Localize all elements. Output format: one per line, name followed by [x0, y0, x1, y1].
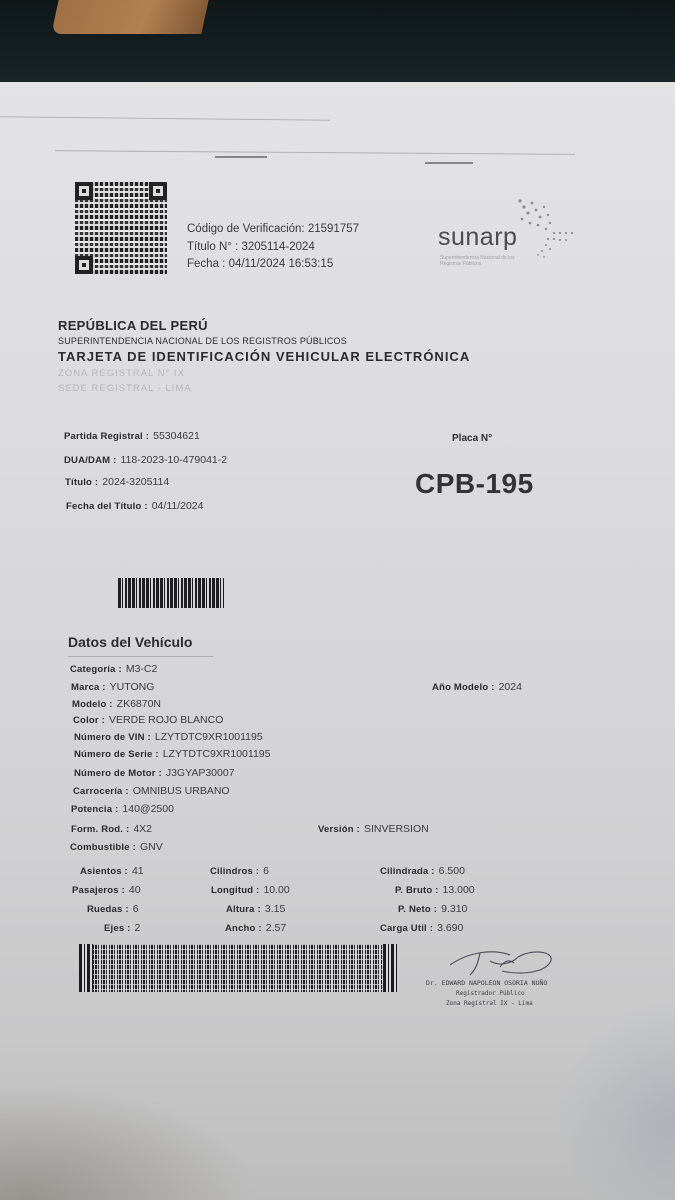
field-ancho: Ancho :2.57 — [225, 922, 286, 934]
field-ejes: Ejes :2 — [104, 922, 140, 934]
field-value: 04/11/2024 — [152, 500, 204, 512]
field-label: Número de Serie : — [74, 749, 159, 760]
field-serie: Número de Serie :LZYTDTC9XR1001195 — [74, 748, 270, 760]
field-value: LZYTDTC9XR1001195 — [155, 731, 263, 743]
field-label: Versión : — [318, 824, 360, 835]
field-value: 4X2 — [133, 823, 152, 835]
field-dua: DUA/DAM :118-2023-10-479041-2 — [64, 454, 227, 466]
field-anio-modelo: Año Modelo :2024 — [432, 681, 522, 693]
field-ruedas: Ruedas :6 — [87, 903, 139, 915]
date-label: Fecha : — [187, 258, 225, 270]
verification-code-label: Código de Verificación: — [187, 223, 305, 235]
field-peso-neto: P. Neto :9.310 — [398, 903, 467, 915]
field-label: Categoría : — [70, 664, 122, 675]
date-line: Fecha : 04/11/2024 16:53:15 — [187, 256, 359, 274]
field-motor: Número de Motor :J3GYAP30007 — [74, 767, 235, 779]
agency-name: SUPERINTENDENCIA NACIONAL DE LOS REGISTR… — [58, 336, 470, 346]
field-label: Carrocería : — [73, 786, 129, 797]
field-label: Título : — [65, 477, 98, 488]
field-value: GNV — [140, 841, 163, 853]
signature-block: Dr. EDWARD NAPOLEON OSORIA NUÑO Registra… — [420, 945, 570, 1010]
field-value: 9.310 — [441, 903, 467, 915]
registry-office: SEDE REGISTRAL - LIMA — [58, 383, 470, 394]
field-value: 10.00 — [263, 884, 289, 896]
field-label: DUA/DAM : — [64, 455, 116, 466]
field-potencia: Potencia :140@2500 — [71, 803, 174, 815]
field-value: YUTONG — [110, 681, 155, 693]
qr-finder — [75, 182, 93, 200]
field-value: 6 — [263, 865, 269, 877]
field-value: 140@2500 — [122, 803, 174, 815]
field-color: Color :VERDE ROJO BLANCO — [73, 714, 223, 726]
field-label: P. Bruto : — [395, 885, 439, 896]
field-value: 6 — [133, 903, 139, 915]
registry-zone: ZONA REGISTRAL N° IX — [58, 368, 470, 379]
logo-tagline: Superintendencia Nacional de los Registr… — [440, 255, 520, 267]
barcode-stop-pattern — [383, 944, 397, 992]
field-modelo: Modelo :ZK6870N — [72, 698, 161, 710]
field-value: VERDE ROJO BLANCO — [109, 714, 223, 726]
field-label: Potencia : — [71, 804, 118, 815]
field-label: Asientos : — [80, 866, 128, 877]
field-label: Longitud : — [211, 885, 259, 896]
field-peso-bruto: P. Bruto :13.000 — [395, 884, 475, 896]
field-cilindros: Cilindros :6 — [210, 865, 269, 877]
title-number-value: 3205114-2024 — [241, 241, 314, 253]
field-label: Altura : — [226, 904, 261, 915]
field-value: 3.690 — [437, 922, 463, 934]
field-altura: Altura :3.15 — [226, 903, 285, 915]
field-label: Modelo : — [72, 699, 113, 710]
field-label: Ruedas : — [87, 904, 129, 915]
field-value: 55304621 — [153, 430, 200, 442]
barcode — [118, 578, 224, 608]
field-form-rod: Form. Rod. :4X2 — [71, 823, 152, 835]
logo-wordmark: sunarp — [438, 223, 517, 252]
field-version: Versión :SINVERSION — [318, 823, 429, 835]
verification-code-line: Código de Verificación: 21591757 — [187, 221, 359, 239]
title-number-label: Título N° : — [187, 241, 238, 253]
sunarp-logo: sunarp Superintendencia Nacional de los … — [438, 193, 598, 273]
field-label: Marca : — [71, 682, 106, 693]
divider — [215, 156, 267, 158]
field-carroceria: Carrocería :OMNIBUS URBANO — [73, 785, 230, 797]
field-value: 2024-3205114 — [102, 476, 169, 488]
field-pasajeros: Pasajeros :40 — [72, 884, 141, 896]
section-title: Datos del Vehículo — [68, 634, 192, 650]
field-value: 2024 — [499, 681, 522, 693]
field-label: Pasajeros : — [72, 885, 125, 896]
field-value: M3-C2 — [126, 663, 158, 675]
field-marca: Marca :YUTONG — [71, 681, 154, 693]
country-heading: REPÚBLICA DEL PERÚ — [58, 318, 470, 333]
field-asientos: Asientos :41 — [80, 865, 144, 877]
field-label: Número de VIN : — [74, 732, 151, 743]
field-longitud: Longitud :10.00 — [211, 884, 290, 896]
background-wood-object — [51, 0, 208, 34]
qr-finder — [75, 256, 93, 274]
signature-icon — [440, 945, 560, 979]
field-label: Cilindros : — [210, 866, 259, 877]
signatory-name: Dr. EDWARD NAPOLEON OSORIA NUÑO — [426, 979, 547, 987]
divider — [68, 656, 213, 657]
title-number-line: Título N° : 3205114-2024 — [187, 239, 359, 257]
field-label: Fecha del Título : — [66, 501, 148, 512]
shadow — [555, 1000, 675, 1200]
qr-finder — [149, 182, 167, 200]
verification-block: Código de Verificación: 21591757 Título … — [187, 221, 359, 274]
field-partida: Partida Registral :55304621 — [64, 430, 200, 442]
field-cilindrada: Cilindrada :6.500 — [380, 865, 465, 877]
date-value: 04/11/2024 16:53:15 — [229, 258, 334, 270]
pdf417-barcode — [79, 944, 397, 992]
field-label: Número de Motor : — [74, 768, 162, 779]
field-value: 2.57 — [266, 922, 286, 934]
qr-code — [75, 182, 167, 274]
document-title: TARJETA DE IDENTIFICACIÓN VEHICULAR ELEC… — [58, 349, 470, 364]
field-categoria: Categoría :M3-C2 — [70, 663, 157, 675]
field-value: 118-2023-10-479041-2 — [120, 454, 227, 466]
signatory-zone: Zona Registral IX - Lima — [446, 1000, 533, 1007]
field-label: Cilindrada : — [380, 866, 435, 877]
sunburst-icon — [510, 193, 590, 273]
field-label: Ejes : — [104, 923, 131, 934]
plate-label: Placa N° — [452, 433, 492, 444]
field-vin: Número de VIN :LZYTDTC9XR1001195 — [74, 731, 263, 743]
field-label: Color : — [73, 715, 105, 726]
field-value: OMNIBUS URBANO — [133, 785, 230, 797]
field-value: SINVERSION — [364, 823, 429, 835]
field-value: 13.000 — [443, 884, 475, 896]
field-value: 40 — [129, 884, 141, 896]
field-value: 3.15 — [265, 903, 285, 915]
field-label: Form. Rod. : — [71, 824, 129, 835]
field-label: Partida Registral : — [64, 431, 149, 442]
field-label: P. Neto : — [398, 904, 437, 915]
field-value: ZK6870N — [117, 698, 161, 710]
field-label: Año Modelo : — [432, 682, 495, 693]
field-combustible: Combustible :GNV — [70, 841, 163, 853]
verification-code-value: 21591757 — [308, 223, 359, 235]
shadow — [0, 1080, 260, 1200]
plate-number: CPB-195 — [415, 468, 534, 500]
field-titulo: Título :2024-3205114 — [65, 476, 169, 488]
field-value: LZYTDTC9XR1001195 — [163, 748, 271, 760]
field-value: 6.500 — [439, 865, 465, 877]
field-value: 41 — [132, 865, 144, 877]
document-header: REPÚBLICA DEL PERÚ SUPERINTENDENCIA NACI… — [58, 318, 470, 394]
field-label: Combustible : — [70, 842, 136, 853]
field-carga-util: Carga Util :3.690 — [380, 922, 463, 934]
field-fecha-titulo: Fecha del Título :04/11/2024 — [66, 500, 204, 512]
field-label: Carga Util : — [380, 923, 433, 934]
field-value: 2 — [135, 922, 141, 934]
signatory-role: Registrador Público — [456, 990, 525, 997]
barcode-start-pattern — [79, 944, 93, 992]
field-value: J3GYAP30007 — [166, 767, 235, 779]
field-label: Ancho : — [225, 923, 262, 934]
divider — [425, 162, 473, 164]
